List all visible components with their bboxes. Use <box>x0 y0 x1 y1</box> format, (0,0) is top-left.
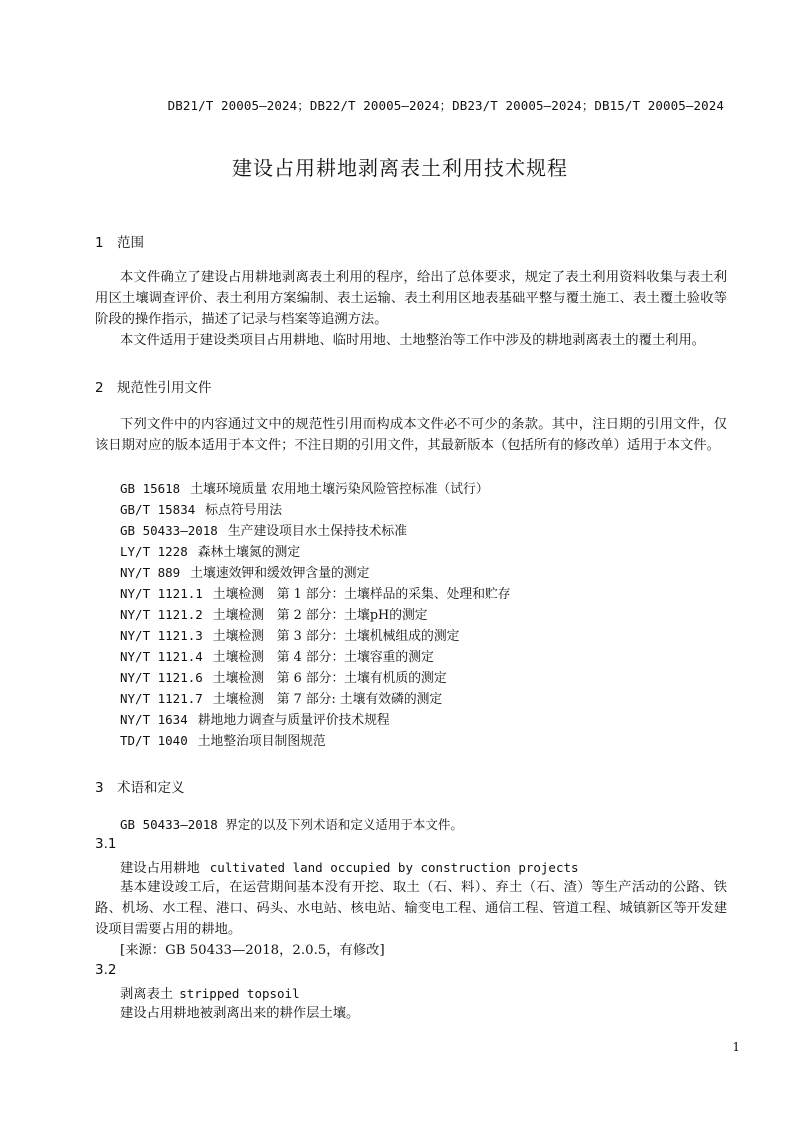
term-en: stripped topsoil <box>179 986 299 1001</box>
term-definition: 基本建设竣工后，在运营期间基本没有开挖、取土（石、料）、弃土（石、渣）等生产活动… <box>95 877 727 940</box>
term-heading: 建设占用耕地cultivated land occupied by constr… <box>120 857 579 876</box>
reference-item: NY/T 889土壤速效钾和缓效钾含量的测定 <box>120 562 369 581</box>
section-number: 1 <box>95 235 117 251</box>
page-number: 1 <box>732 1040 740 1054</box>
section-number: 3 <box>95 780 117 796</box>
normative-references-intro: 下列文件中的内容通过文中的规范性引用而构成本文件必不可少的条款。其中，注日期的引… <box>95 414 727 456</box>
document-title: 建设占用耕地剥离表土利用技术规程 <box>0 152 800 181</box>
reference-item: GB 50433—2018生产建设项目水土保持技术标准 <box>120 520 407 539</box>
reference-item: NY/T 1121.7土壤检测 第 7 部分: 土壤有效磷的测定 <box>120 688 442 707</box>
scope-paragraph-1: 本文件确立了建设占用耕地剥离表土利用的程序，给出了总体要求，规定了表土利用资料收… <box>95 267 727 330</box>
reference-item: NY/T 1121.2土壤检测 第 2 部分：土壤pH的测定 <box>120 604 428 623</box>
section-title: 术语和定义 <box>117 780 185 796</box>
reference-item: LY/T 1228森林土壤氮的测定 <box>120 541 300 560</box>
reference-item: NY/T 1121.6土壤检测 第 6 部分：土壤有机质的测定 <box>120 667 447 686</box>
reference-item: NY/T 1634耕地地力调查与质量评价技术规程 <box>120 709 390 728</box>
reference-item: NY/T 1121.1土壤检测 第 1 部分：土壤样品的采集、处理和贮存 <box>120 583 511 602</box>
reference-item: GB 15618土壤环境质量 农用地土壤污染风险管控标准（试行） <box>120 478 489 497</box>
term-en: cultivated land occupied by construction… <box>210 860 579 875</box>
section-title: 范围 <box>117 235 144 251</box>
scope-paragraph-2: 本文件适用于建设类项目占用耕地、临时用地、土地整治等工作中涉及的耕地剥离表土的覆… <box>95 330 727 351</box>
section-title: 规范性引用文件 <box>117 380 212 396</box>
section-3-heading: 3术语和定义 <box>95 776 185 796</box>
reference-item: GB/T 15834标点符号用法 <box>120 499 282 518</box>
section-number: 2 <box>95 380 117 396</box>
reference-item: NY/T 1121.4土壤检测 第 4 部分：土壤容重的测定 <box>120 646 434 665</box>
term-zh: 剥离表土 <box>120 987 173 1002</box>
clause-number: 3.1 <box>95 836 116 852</box>
term-zh: 建设占用耕地 <box>120 861 200 876</box>
reference-item: TD/T 1040土地整治项目制图规范 <box>120 730 326 749</box>
term-heading: 剥离表土stripped topsoil <box>120 983 300 1002</box>
term-source: [来源：GB 50433—2018，2.0.5，有修改] <box>120 940 385 961</box>
terms-intro: GB 50433—2018 界定的以及下列术语和定义适用于本文件。 <box>120 814 463 836</box>
clause-number: 3.2 <box>95 962 116 978</box>
reference-item: NY/T 1121.3土壤检测 第 3 部分：土壤机械组成的测定 <box>120 625 459 644</box>
standard-number-header: DB21/T 20005—2024；DB22/T 20005—2024；DB23… <box>168 96 724 114</box>
section-1-heading: 1范围 <box>95 231 144 251</box>
term-definition: 建设占用耕地被剥离出来的耕作层土壤。 <box>120 1003 359 1024</box>
section-2-heading: 2规范性引用文件 <box>95 376 212 396</box>
